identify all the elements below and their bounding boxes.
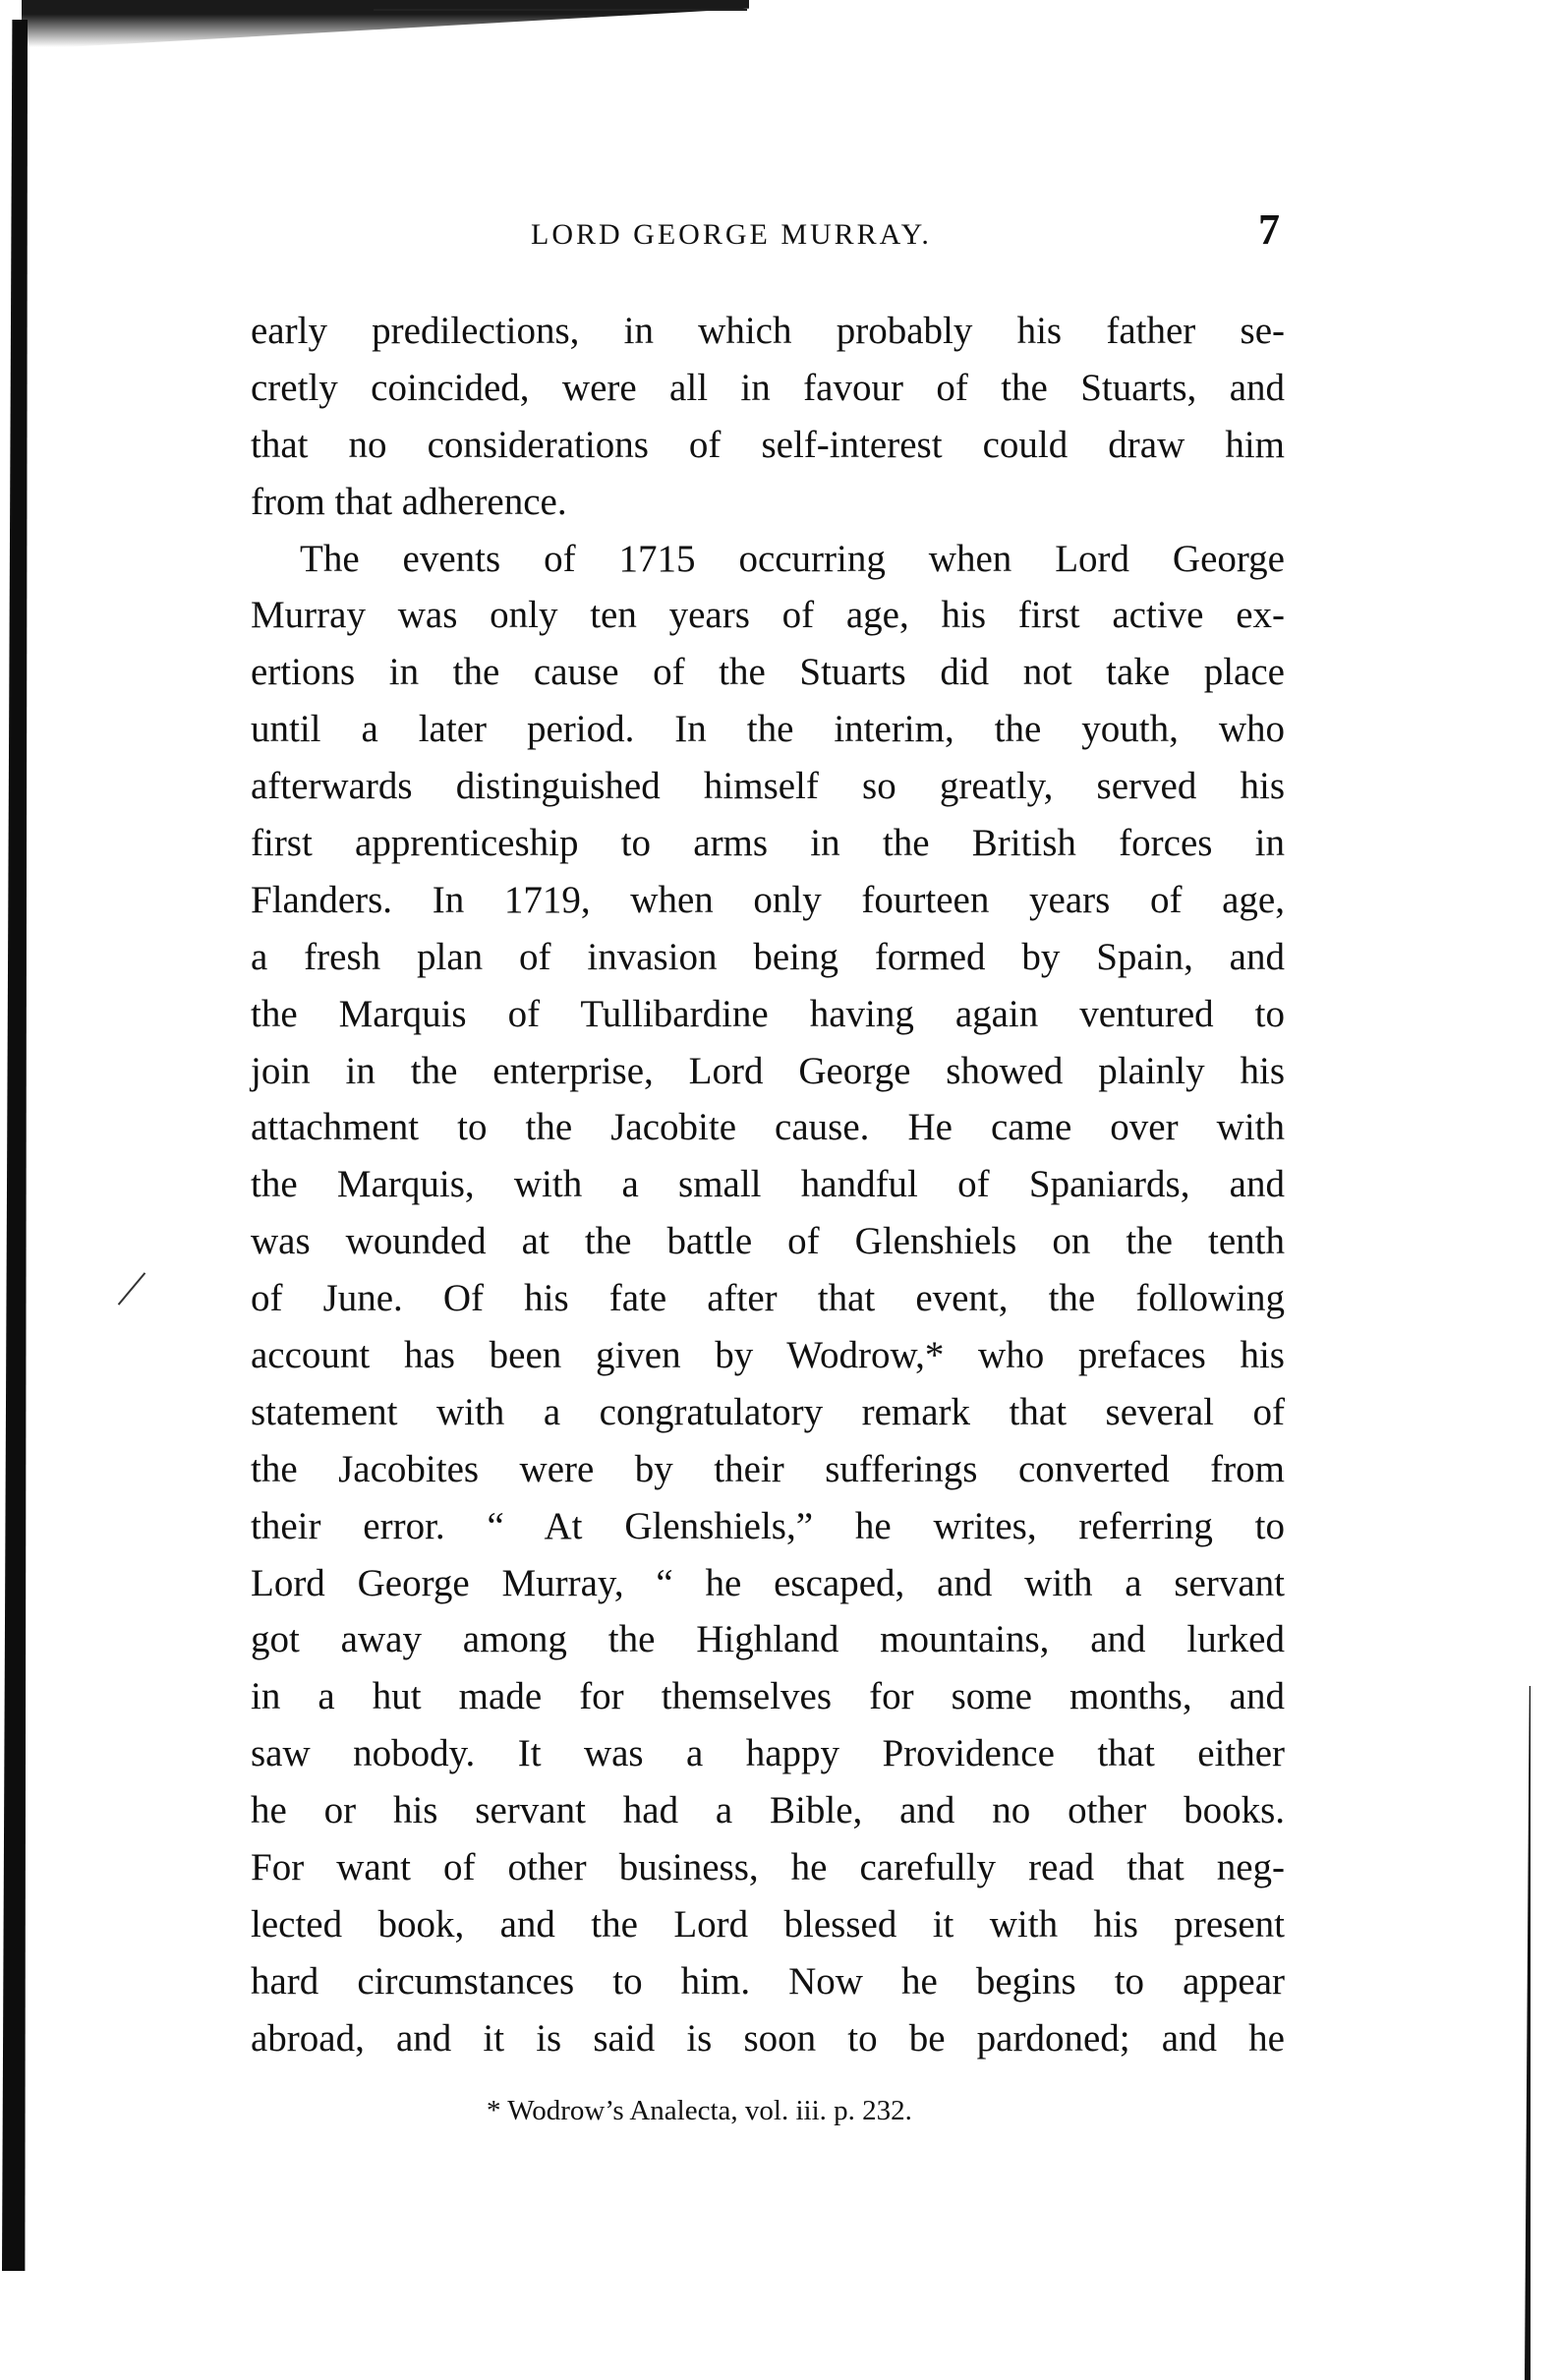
text-line: until a later period. In the interim, th… [251,701,1285,758]
text-line: account has been given by Wodrow,* who p… [251,1327,1285,1384]
text-line: first apprenticeship to arms in the Brit… [251,815,1285,872]
page-number: 7 [1258,204,1280,255]
text-line: Murray was only ten years of age, his fi… [251,587,1285,644]
text-line: hard circumstances to him. Now he begins… [251,1953,1285,2010]
text-line: got away among the Highland mountains, a… [251,1611,1285,1668]
scan-shadow-top [22,0,749,47]
text-line: lected book, and the Lord blessed it wit… [251,1896,1285,1953]
text-line: cretly coincided, were all in favour of … [251,360,1285,417]
text-line: the Marquis of Tullibardine having again… [251,986,1285,1043]
text-line: saw nobody. It was a happy Providence th… [251,1725,1285,1782]
text-line: Flanders. In 1719, when only fourteen ye… [251,872,1285,929]
text-line: abroad, and it is said is soon to be par… [251,2010,1285,2067]
text-line: afterwards distinguished himself so grea… [251,758,1285,815]
running-head: LORD GEORGE MURRAY. [531,218,932,252]
text-line: For want of other business, he carefully… [251,1839,1285,1896]
scan-edge-right [1525,1686,1531,2380]
margin-pencil-mark [118,1272,146,1305]
text-line: the Marquis, with a small handful of Spa… [251,1156,1285,1213]
text-line: was wounded at the battle of Glenshiels … [251,1213,1285,1270]
text-line: in a hut made for themselves for some mo… [251,1668,1285,1725]
scan-edge-line [374,9,747,11]
text-line: join in the enterprise, Lord George show… [251,1043,1285,1100]
text-line: attachment to the Jacobite cause. He cam… [251,1099,1285,1156]
body-text: early predilections, in which probably h… [251,303,1285,2067]
text-line: their error. “ At Glenshiels,” he writes… [251,1498,1285,1555]
text-line: from that adherence. [251,474,1285,531]
text-line: the Jacobites were by their sufferings c… [251,1441,1285,1498]
scan-shadow-left [2,20,28,2271]
text-line: of June. Of his fate after that event, t… [251,1270,1285,1327]
text-line: that no considerations of self-interest … [251,417,1285,474]
text-line: a fresh plan of invasion being formed by… [251,929,1285,986]
paragraph-start-line: The events of 1715 occurring when Lord G… [251,531,1285,588]
text-line: Lord George Murray, “ he escaped, and wi… [251,1555,1285,1612]
text-line: ertions in the cause of the Stuarts did … [251,644,1285,701]
text-line: statement with a congratulatory remark t… [251,1384,1285,1441]
text-line: he or his servant had a Bible, and no ot… [251,1782,1285,1839]
text-line: early predilections, in which probably h… [251,303,1285,360]
footnote: * Wodrow’s Analecta, vol. iii. p. 232. [487,2095,912,2127]
